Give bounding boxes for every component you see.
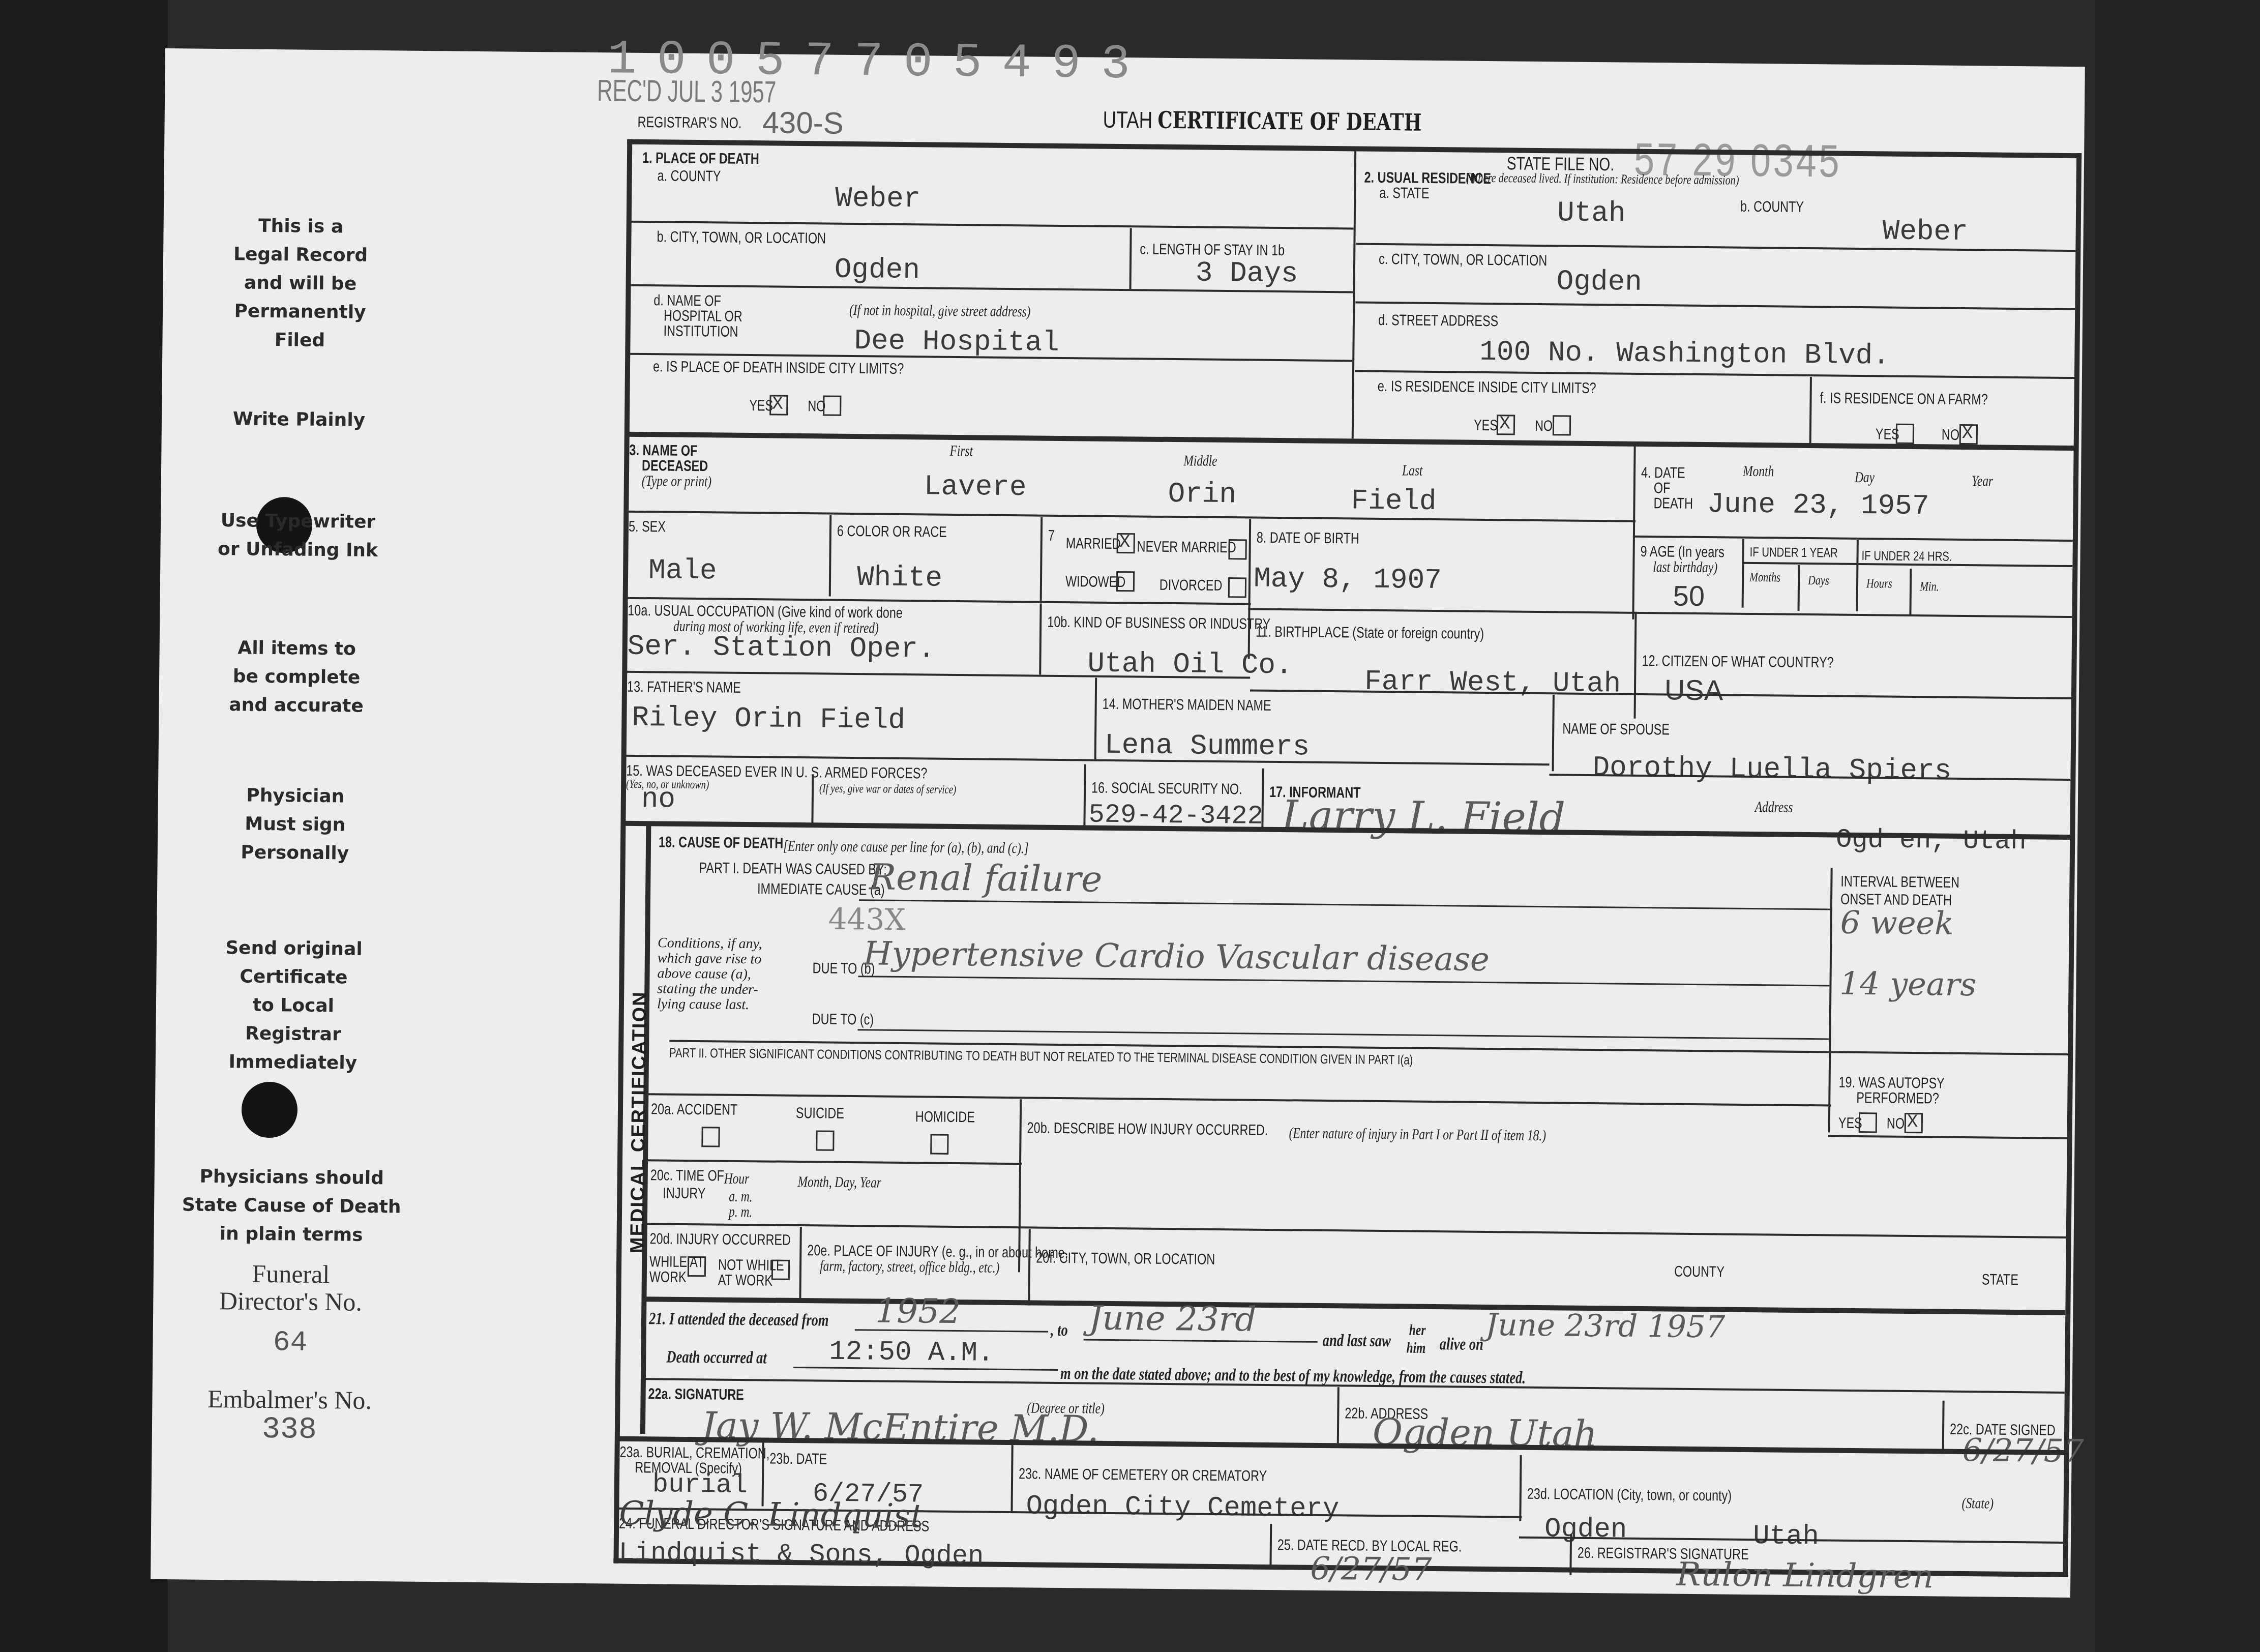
side-note-plain-terms: Physicians shouldState Cause of Deathin … (154, 1162, 429, 1250)
divider (1083, 764, 1086, 828)
scan-background-right (2095, 0, 2260, 1652)
month-day-year-label: Month, Day, Year (797, 1173, 881, 1192)
divider (1010, 1445, 1013, 1511)
registrar-signature: Rulon Lindgren (1676, 1556, 1934, 1596)
date-of-death-label: DEATH (1653, 495, 1693, 513)
marital-status-label: 7 (1048, 527, 1055, 545)
death-occurred-label: Death occurred at (666, 1348, 767, 1368)
divider (1942, 1401, 1945, 1452)
race-label: 6 COLOR OR RACE (837, 523, 947, 541)
birthplace-label: 11. BIRTHPLACE (State or foreign country… (1256, 624, 1484, 643)
injury-state-label: STATE (1982, 1271, 2018, 1289)
age-value: 50 (1673, 579, 1705, 613)
divider (1039, 604, 1042, 675)
month-label: Month (1743, 463, 1774, 481)
divider (1633, 612, 1637, 719)
part-1-label: PART I. DEATH WAS CAUSED BY: (699, 860, 887, 879)
first-name-label: First (949, 442, 973, 460)
registrars-no: 430-S (762, 105, 844, 141)
business-label: 10b. KIND OF BUSINESS OR INDUSTRY (1047, 614, 1270, 633)
burial-location-label: 23d. LOCATION (City, town, or county) (1527, 1486, 1732, 1505)
divider (1269, 1524, 1272, 1570)
funeral-director-no-label: FuneralDirector's No. (153, 1259, 428, 1316)
occupation-value: Ser. Station Oper. (627, 630, 935, 666)
divider (811, 774, 814, 825)
married-label: MARRIED (1066, 535, 1121, 553)
hours-label: Hours (1866, 576, 1892, 591)
inside-city-label: e. IS PLACE OF DEATH INSIDE CITY LIMITS? (653, 358, 904, 378)
informant-address-value: Ogd en, Utah (1836, 825, 2027, 857)
date-received-value: 6/27/57 (1310, 1550, 1432, 1588)
place-inside-city-yes-checkbox[interactable] (769, 395, 788, 415)
divider (1798, 565, 1800, 611)
cause-of-death-label: 18. CAUSE OF DEATH (659, 834, 784, 852)
scan-background-left (0, 0, 168, 1652)
page-title: UTAH CERTIFICATE OF DEATH (1103, 106, 1421, 136)
ssn-label: 16. SOCIAL SECURITY NO. (1091, 780, 1242, 799)
pm-label: p. m. (729, 1203, 752, 1221)
under-24-hrs-label: IF UNDER 24 HRS. (1861, 548, 1952, 565)
hospital-label: INSTITUTION (664, 322, 738, 340)
divider (1742, 539, 1744, 608)
residence-inside-city-yes-checkbox[interactable] (1497, 415, 1515, 435)
title-prefix: UTAH (1103, 106, 1152, 133)
street-address-value: 100 No. Washington Blvd. (1479, 336, 1890, 372)
mother-value: Lena Summers (1105, 729, 1310, 763)
while-at-work-label: WORK (649, 1268, 687, 1286)
attended-to-value: June 23rd (1089, 1299, 1257, 1339)
last-name-value: Field (1351, 484, 1437, 518)
divider (1909, 569, 1912, 614)
funeral-director-address: Lindquist & Sons, Ogden (618, 1538, 984, 1572)
residence-state-value: Utah (1557, 196, 1626, 229)
due-to-b-value: Hypertensive Cardio Vascular disease (864, 935, 1490, 979)
received-stamp: REC'D JUL 3 1957 (597, 73, 777, 109)
not-while-at-work-checkbox[interactable] (771, 1260, 790, 1280)
embalmer-no-label: Embalmer's No. (152, 1383, 427, 1415)
hospital-hint: (If not in hospital, give street address… (849, 302, 1031, 320)
last-name-label: Last (1402, 462, 1423, 479)
autopsy-label: PERFORMED? (1856, 1089, 1939, 1108)
no-label: NO (1887, 1115, 1905, 1133)
interval-b-value: 14 years (1839, 965, 1976, 1004)
spouse-label: NAME OF SPOUSE (1562, 720, 1670, 739)
divider (644, 1296, 2065, 1315)
divider (1129, 228, 1132, 289)
residence-inside-city-label: e. IS RESIDENCE INSIDE CITY LIMITS? (1378, 378, 1596, 397)
burial-location-city: Ogden (1544, 1514, 1627, 1546)
day-label: Day (1855, 469, 1875, 486)
injury-city-label: 20f. CITY, TOWN, OR LOCATION (1036, 1250, 1215, 1268)
months-label: Months (1749, 570, 1780, 585)
attended-label: 21. I attended the deceased from (649, 1309, 829, 1330)
farm-label: f. IS RESIDENCE ON A FARM? (1820, 390, 1988, 408)
divider (1552, 695, 1554, 771)
divider (1040, 517, 1043, 601)
divider (1028, 1229, 1030, 1305)
homicide-label: HOMICIDE (915, 1108, 975, 1126)
autopsy-no-checkbox[interactable] (1905, 1113, 1923, 1133)
under-1-year-label: IF UNDER 1 YEAR (1749, 544, 1837, 561)
death-certificate-page: 10057705493 REC'D JUL 3 1957 REGISTRAR'S… (151, 48, 2085, 1598)
hour-label: Hour (724, 1170, 750, 1188)
registrars-no-label: REGISTRAR'S NO. (637, 114, 741, 132)
injury-county-label: COUNTY (1674, 1263, 1724, 1281)
armed-forces-value: no (641, 783, 676, 816)
divider (1828, 868, 1833, 1133)
father-value: Riley Orin Field (632, 701, 905, 736)
mother-label: 14. MOTHER'S MAIDEN NAME (1103, 696, 1271, 715)
usual-residence-hint: (Where deceased lived. If institution: R… (1466, 170, 1739, 188)
time-of-injury-label: 20c. TIME OF (650, 1167, 725, 1185)
divider (626, 511, 1635, 522)
burial-state-label: (State) (1962, 1495, 1994, 1513)
hospital-value: Dee Hospital (854, 324, 1059, 359)
cemetery-label: 23c. NAME OF CEMETERY OR CREMATORY (1019, 1465, 1267, 1485)
embalmer-no: 338 (152, 1411, 427, 1449)
sex-label: 5. SEX (629, 518, 666, 536)
citizen-label: 12. CITIZEN OF WHAT COUNTRY? (1642, 653, 1833, 672)
place-inside-city-no-checkbox[interactable] (823, 395, 841, 416)
married-checkbox[interactable] (1117, 533, 1135, 553)
state-label: a. STATE (1379, 185, 1429, 202)
burial-location-state: Utah (1753, 1521, 1819, 1552)
medical-certification-label: MEDICAL CERTIFICATION (627, 991, 651, 1253)
divider (1632, 444, 1635, 619)
accident-label: 20a. ACCIDENT (651, 1101, 738, 1119)
no-label: NO (1535, 418, 1553, 435)
days-label: Days (1808, 573, 1829, 588)
accident-checkbox[interactable] (701, 1127, 720, 1147)
first-name-value: Lavere (924, 470, 1026, 504)
divider (645, 1159, 1022, 1165)
divider (858, 1029, 1829, 1040)
due-to-c-label: DUE TO (c) (812, 1011, 874, 1028)
divider (1569, 1535, 1572, 1575)
alive-on-label: alive on (1439, 1335, 1483, 1354)
name-hint: (Type or print) (642, 473, 712, 490)
funeral-director-signature: Clyde C. Lindquist (619, 1495, 924, 1536)
him-label: him (1406, 1340, 1425, 1357)
suicide-checkbox[interactable] (816, 1130, 834, 1150)
divider (1248, 519, 1252, 659)
interval-a-value: 6 week (1840, 904, 1954, 942)
divider (1261, 769, 1264, 830)
place-county-value: Weber (835, 182, 921, 216)
divider (1355, 370, 2074, 379)
informant-address-label: Address (1755, 799, 1793, 816)
her-label: her (1409, 1322, 1426, 1339)
funeral-director-no: 64 (153, 1325, 428, 1360)
divider (645, 1223, 2066, 1238)
birthplace-value: Farr West, Utah (1364, 665, 1621, 700)
citizen-value: USA (1664, 673, 1723, 706)
never-married-checkbox[interactable] (1228, 539, 1246, 559)
injury-occurred-label: 20d. INJURY OCCURRED (649, 1230, 791, 1249)
year-label: Year (1972, 473, 1993, 490)
attended-from-value: 1952 (875, 1291, 961, 1332)
street-address-label: d. STREET ADDRESS (1378, 312, 1499, 330)
signature-label: 22a. SIGNATURE (648, 1385, 744, 1404)
minutes-label: Min. (1920, 579, 1939, 594)
spouse-value: Dorothy Luella Spiers (1592, 751, 1951, 787)
length-of-stay-value: 3 Days (1196, 256, 1298, 290)
cemetery-value: Ogden City Cemetery (1026, 1491, 1339, 1525)
divider (629, 221, 1354, 230)
never-married-label: NEVER MARRIED (1137, 538, 1236, 556)
widowed-checkbox[interactable] (1116, 571, 1135, 592)
cause-code: 443X (828, 902, 906, 937)
divorced-label: DIVORCED (1159, 577, 1223, 595)
divider (1856, 540, 1859, 611)
divider (799, 1227, 801, 1301)
farm-no-checkbox[interactable] (1959, 424, 1978, 445)
injury-description-hint: (Enter nature of injury in Part I or Par… (1289, 1125, 1546, 1144)
divider (1248, 608, 2072, 618)
county-label: a. COUNTY (657, 167, 721, 185)
divider (1355, 301, 2075, 310)
part-2-label: PART II. OTHER SIGNIFICANT CONDITIONS CO… (669, 1045, 1413, 1068)
last-saw-label: and last saw (1323, 1331, 1391, 1351)
divider (829, 515, 832, 597)
side-note-physician-sign: PhysicianMust signPersonally (158, 781, 433, 869)
last-seen-value: June 23rd 1957 (1485, 1307, 1726, 1345)
divider (1094, 678, 1097, 759)
middle-name-label: Middle (1183, 452, 1217, 470)
side-note-complete: All items tobe completeand accurate (159, 633, 434, 721)
conditions-hint: Conditions, if any,which gave rise toabo… (657, 935, 762, 1013)
suicide-label: SUICIDE (796, 1105, 844, 1123)
no-label: NO (1942, 427, 1959, 444)
divider (1633, 536, 2073, 542)
farm-yes-checkbox[interactable] (1896, 424, 1914, 444)
residence-county-label: b. COUNTY (1740, 198, 1804, 216)
place-city-value: Ogden (835, 253, 920, 287)
residence-inside-city-no-checkbox[interactable] (1553, 415, 1571, 435)
interval-label: INTERVAL BETWEEN (1840, 873, 1959, 892)
title-text: CERTIFICATE OF DEATH (1157, 106, 1421, 136)
date-of-birth-value: May 8, 1907 (1254, 563, 1442, 597)
divider (1337, 1387, 1340, 1443)
divider (1828, 1135, 2067, 1139)
immediate-cause-value: Renal failure (869, 856, 1103, 900)
middle-name-value: Orin (1168, 478, 1236, 511)
divider (1809, 377, 1812, 443)
sex-value: Male (648, 554, 717, 587)
punch-hole (241, 1082, 298, 1138)
immediate-cause-label: IMMEDIATE CAUSE (a) (757, 880, 885, 899)
injury-description-label: 20b. DESCRIBE HOW INJURY OCCURRED. (1027, 1119, 1268, 1139)
autopsy-yes-checkbox[interactable] (1859, 1112, 1877, 1133)
place-of-death-label: 1. PLACE OF DEATH (642, 150, 759, 168)
time-of-injury-label: INJURY (663, 1185, 705, 1202)
residence-city-value: Ogden (1556, 265, 1642, 299)
side-note-write-plainly: Write Plainly (162, 404, 437, 435)
divider (1084, 1339, 1318, 1342)
form-border-right (2063, 153, 2081, 1577)
homicide-checkbox[interactable] (930, 1134, 948, 1155)
divider (1352, 149, 1356, 438)
divider (858, 976, 1830, 986)
yes-label: YES (1474, 417, 1498, 434)
father-label: 13. FATHER'S NAME (627, 678, 741, 697)
place-of-injury-hint: farm, factory, street, office bldg., etc… (820, 1257, 1000, 1276)
side-note-send-original: Send originalCertificateto LocalRegistra… (156, 933, 432, 1078)
burial-date-label: 23b. DATE (769, 1451, 827, 1468)
date-of-death-value: June 23, 1957 (1707, 488, 1929, 522)
age-hint: last birthday) (1653, 558, 1717, 576)
city-label: b. CITY, TOWN, OR LOCATION (657, 228, 826, 247)
residence-county-value: Weber (1882, 215, 1968, 248)
not-while-at-work-label: AT WORK (718, 1272, 772, 1290)
divorced-checkbox[interactable] (1228, 577, 1246, 598)
to-label: , to (1051, 1321, 1068, 1340)
death-time-value: 12:50 A.M. (829, 1337, 994, 1369)
side-note-typewriter: Use Typewriteror Unfading Ink (160, 506, 435, 566)
side-note-legal-record: This is aLegal Recordand will bePermanen… (162, 211, 438, 356)
residence-city-label: c. CITY, TOWN, OR LOCATION (1379, 251, 1547, 270)
race-value: White (857, 561, 943, 595)
divider (859, 899, 1830, 910)
divider (1519, 1455, 1522, 1521)
date-of-birth-label: 8. DATE OF BIRTH (1257, 529, 1359, 548)
while-at-work-checkbox[interactable] (688, 1256, 706, 1277)
armed-forces-service-hint: (If yes, give war or dates of service) (819, 782, 957, 797)
cause-of-death-hint: [Enter only one cause per line for (a), … (783, 838, 1029, 858)
